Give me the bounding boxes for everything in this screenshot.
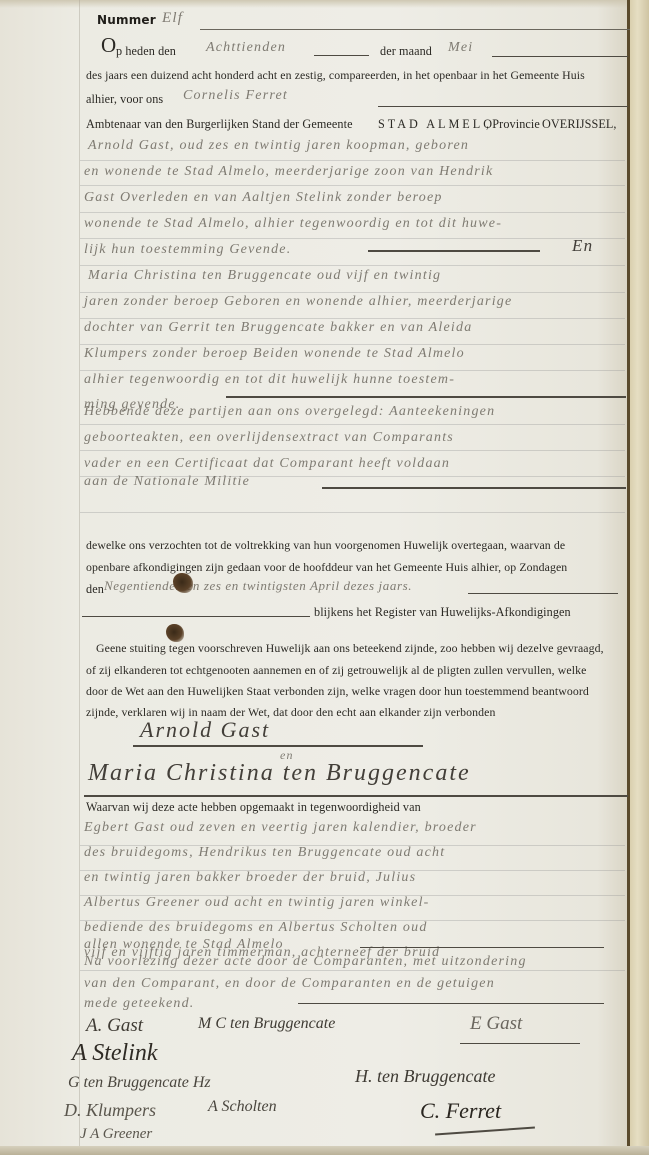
signature-greener: J A Greener (80, 1126, 152, 1143)
banns-fill-line-2 (82, 616, 310, 617)
ruled-line (80, 512, 625, 513)
groom-line: en wonende te Stad Almelo, meerderjarige… (84, 164, 493, 180)
ruled-line (80, 450, 625, 451)
groom-line: wonende te Stad Almelo, alhier tegenwoor… (84, 216, 502, 232)
signature-klumpers: D. Klumpers (64, 1100, 156, 1121)
ruled-line (80, 292, 625, 293)
closing-line: mede geteekend. (84, 996, 195, 1012)
op-heden-label: p heden den (116, 44, 176, 59)
closing-line: Na voorlezing dezer acte door de Compara… (84, 954, 527, 970)
documents-fill-line (322, 487, 626, 489)
registrar-flourish (435, 1127, 535, 1136)
bride-name: Maria Christina ten Bruggencate (88, 760, 471, 787)
signature-egbert-gast: E Gast (470, 1013, 522, 1035)
witness-line: des bruidegoms, Hendrikus ten Bruggencat… (84, 845, 445, 861)
witness-line: en twintig jaren bakker broeder der brui… (84, 870, 416, 886)
signature-g-ten-bruggencate: G ten Bruggencate Hz (68, 1074, 211, 1092)
day-value: Achttienden (206, 40, 286, 56)
closing-fill-line (298, 1003, 604, 1004)
banns-line-1: dewelke ons verzochten tot de voltrekkin… (86, 538, 565, 553)
bride-name-line (84, 795, 628, 797)
documents-line: vader en een Certificaat dat Comparant h… (84, 456, 450, 472)
intro-line-2: des jaars een duizend acht honderd acht … (86, 68, 585, 83)
ruled-line (80, 370, 625, 371)
bride-line: alhier tegenwoordig en tot dit huwelijk … (84, 372, 455, 388)
binding-strip (630, 0, 649, 1155)
ruled-line (80, 185, 625, 186)
ruled-line (80, 212, 625, 213)
signature-h-ten-bruggencate: H. ten Bruggencate (355, 1066, 495, 1087)
bride-line: jaren zonder beroep Geboren en wonende a… (84, 294, 512, 310)
province-name: OVERIJSSEL, (542, 117, 617, 132)
documents-line: Hebbende deze partijen aan ons overgeleg… (84, 404, 495, 420)
banns-line-2: openbare afkondigingen zijn gedaan voor … (86, 560, 567, 575)
intro-line-4b: , Provincie (486, 117, 540, 132)
official-name-value: Cornelis Ferret (183, 88, 288, 104)
day-fill-line (314, 55, 369, 56)
ruled-line (80, 970, 625, 971)
signature-registrar: C. Ferret (420, 1098, 501, 1124)
banns-line-4: blijkens het Register van Huwelijks-Afko… (314, 605, 571, 620)
ruled-line (80, 238, 625, 239)
nummer-label: Nummer (97, 13, 156, 27)
closing-line: van den Comparant, en door de Comparante… (84, 976, 495, 992)
witness-line: bediende des bruidegoms en Albertus Scho… (84, 920, 428, 936)
groom-line: lijk hun toestemming Gevende. (84, 242, 291, 258)
declaration-line-2: of zij elkanderen tot echtgenooten aanne… (86, 663, 586, 678)
signature-stelink: A Stelink (72, 1040, 158, 1067)
en-connector: En (572, 236, 593, 256)
groom-fill-line (368, 250, 540, 252)
banns-dates-value: Negentienden en zes en twintigsten April… (104, 578, 412, 594)
signature-scholten: A Scholten (208, 1098, 277, 1116)
official-fill-line (378, 106, 628, 107)
groom-name: Arnold Gast (140, 717, 270, 743)
page-top-shadow (0, 0, 649, 8)
ruled-line (80, 160, 625, 161)
banns-den-label: den (86, 582, 104, 597)
ink-stain (173, 573, 193, 593)
bride-line: Klumpers zonder beroep Beiden wonende te… (84, 346, 465, 362)
witness-line: Albertus Greener oud acht en twintig jar… (84, 895, 430, 911)
signature-underline (460, 1043, 580, 1044)
document-page: Nummer Elf O p heden den Achttienden der… (0, 0, 649, 1155)
declaration-line-1: Geene stuiting tegen voorschreven Huweli… (96, 641, 604, 656)
month-fill-line (492, 56, 628, 57)
bride-fill-line (226, 396, 626, 398)
groom-name-line (133, 745, 423, 747)
signature-bride: M C ten Bruggencate (198, 1015, 335, 1033)
nummer-fill-line (200, 29, 630, 30)
documents-line: aan de Nationale Militie (84, 474, 250, 490)
ruled-line (80, 344, 625, 345)
left-margin-rule (79, 0, 80, 1146)
ink-stain (166, 624, 184, 642)
declaration-line-3: door de Wet aan den Huwelijken Staat ver… (86, 684, 589, 699)
witnesses-fill-line (360, 947, 604, 948)
ruled-line (80, 318, 625, 319)
witness-line: Egbert Gast oud zeven en veertig jaren k… (84, 820, 477, 836)
witness-line: allen wonende te Stad Almelo (84, 937, 284, 953)
signature-groom: A. Gast (86, 1015, 143, 1037)
bride-line: Maria Christina ten Bruggencate oud vijf… (88, 268, 441, 284)
alhier-label: alhier, voor ons (86, 92, 163, 107)
op-initial: O (101, 35, 116, 56)
bride-line: dochter van Gerrit ten Bruggencate bakke… (84, 320, 472, 336)
nummer-value: Elf (162, 10, 183, 27)
month-value: Mei (448, 40, 473, 56)
banns-fill-line-1 (468, 593, 618, 594)
municipality-name: STAD ALMELO (378, 117, 495, 132)
ruled-line (80, 424, 625, 425)
groom-line: Arnold Gast, oud zes en twintig jaren ko… (88, 138, 469, 154)
intro-line-4a: Ambtenaar van den Burgerlijken Stand der… (86, 117, 353, 132)
groom-line: Gast Overleden en van Aaltjen Stelink zo… (84, 190, 443, 206)
witnesses-intro: Waarvan wij deze acte hebben opgemaakt i… (86, 800, 421, 815)
page-bottom-edge (0, 1146, 649, 1155)
ruled-line (80, 265, 625, 266)
documents-line: geboorteakten, een overlijdensextract va… (84, 430, 454, 446)
month-label: der maand (380, 44, 432, 59)
